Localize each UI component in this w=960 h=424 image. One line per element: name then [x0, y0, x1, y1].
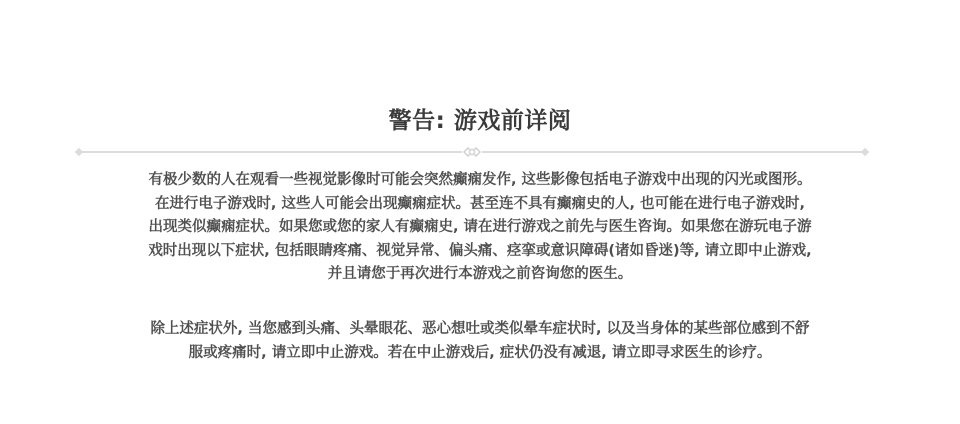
paragraph-line: 戏时出现以下症状, 包括眼睛疼痛、视觉异常、偏头痛、痉挛或意识障碍(诸如昏迷)等… [80, 240, 880, 264]
health-warning-screen: 警告: 游戏前详阅 有极少数的人在观看一些视觉影像时可能会突然癫痫发作, 这些影… [0, 0, 960, 424]
paragraph-line: 除上述症状外, 当您感到头痛、头晕眼花、恶心想吐或类似晕车症状时, 以及当身体的… [80, 318, 880, 342]
paragraph-line: 出现类似癫痫症状。如果您或您的家人有癫痫史, 请在进行游戏之前先与医生咨询。如果… [80, 216, 880, 240]
divider-line-right [482, 151, 864, 153]
paragraph-line: 在进行电子游戏时, 这些人可能会出现癫痫症状。甚至连不具有癫痫史的人, 也可能在… [80, 193, 880, 217]
warning-paragraph-discomfort: 除上述症状外, 当您感到头痛、头晕眼花、恶心想吐或类似晕车症状时, 以及当身体的… [80, 318, 880, 365]
interlocking-diamond-ornament-icon [462, 146, 482, 158]
title-divider [74, 146, 870, 158]
paragraph-line: 服或疼痛时, 请立即中止游戏。若在中止游戏后, 症状仍没有减退, 请立即寻求医生… [80, 342, 880, 366]
paragraph-line: 并且请您于再次进行本游戏之前咨询您的医生。 [80, 263, 880, 287]
warning-title: 警告: 游戏前详阅 [0, 106, 960, 136]
divider-right-end-icon [861, 148, 869, 156]
divider-line-left [80, 151, 462, 153]
paragraph-line: 有极少数的人在观看一些视觉影像时可能会突然癫痫发作, 这些影像包括电子游戏中出现… [80, 169, 880, 193]
warning-paragraph-seizure: 有极少数的人在观看一些视觉影像时可能会突然癫痫发作, 这些影像包括电子游戏中出现… [80, 169, 880, 287]
